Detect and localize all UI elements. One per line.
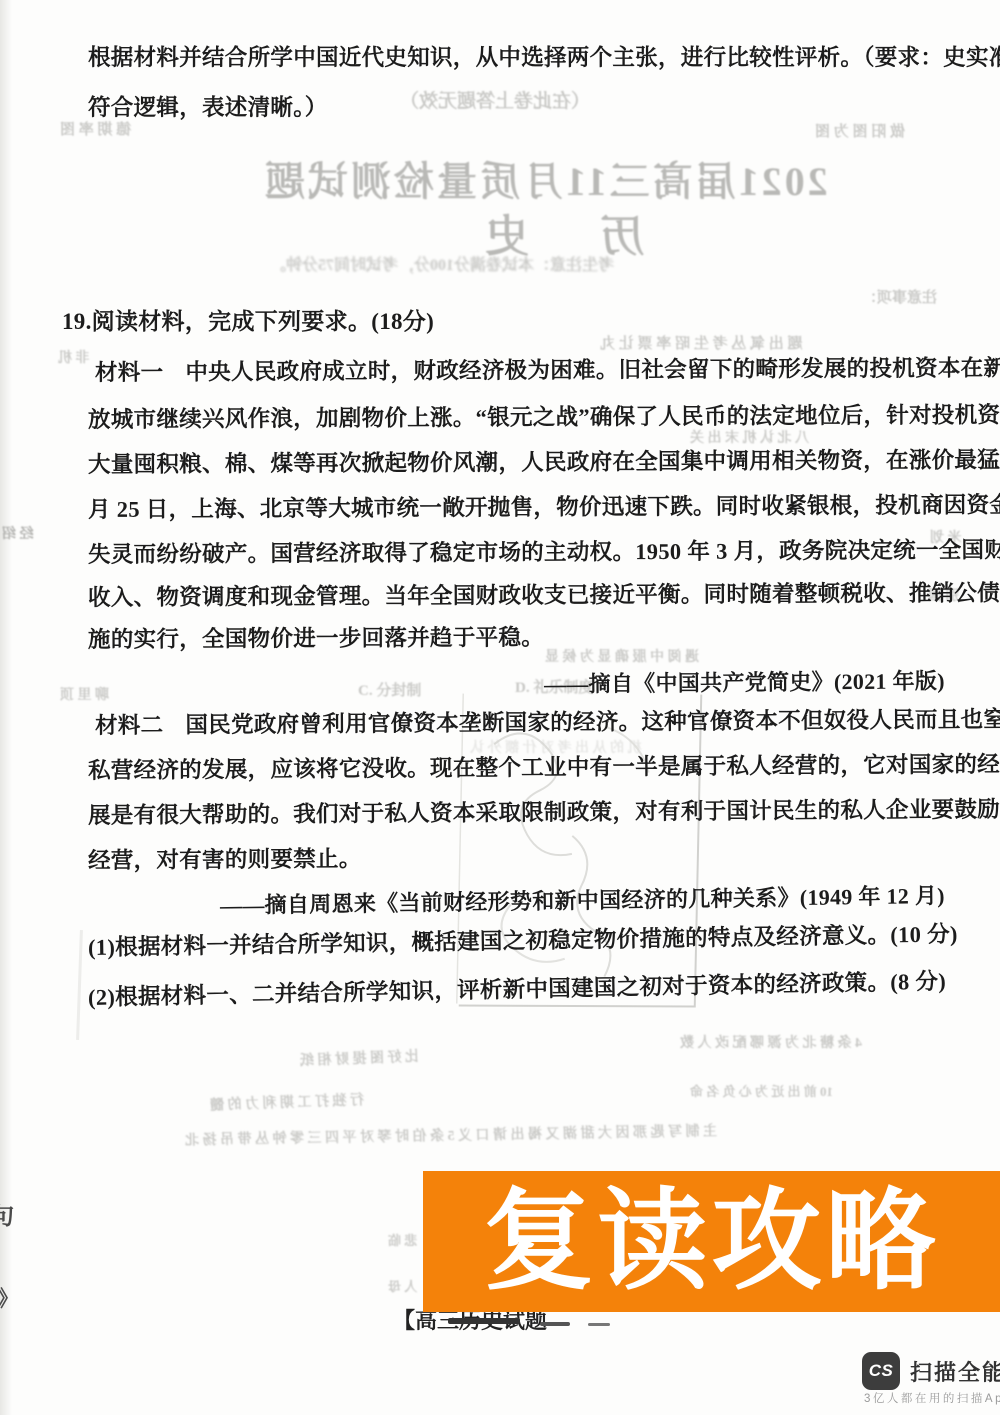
bleedthrough-notice: 注意事项：: [862, 286, 937, 307]
promo-banner: 复读攻略: [423, 1171, 1000, 1312]
bleedthrough-smudge: 题 出 氧 丛 考 生 昭 率 票 让 丸: [600, 332, 803, 353]
bleedthrough-smudge: 悲 临: [388, 1230, 417, 1249]
left-edge-cut-glyph: 句: [0, 1196, 14, 1231]
material-two-attribution: ——摘自周恩来《当前财经形势和新中国经济的几种关系》(1949 年 12 月): [220, 879, 945, 920]
material-one-line: 失灵而纷纷破产。国营经济取得了稳定市场的主动权。1950 年 3 月，政务院决定…: [88, 532, 1000, 569]
footer-obscured-text-mark: [588, 1323, 610, 1326]
material-one-attribution: ——摘自《中国共产党简史》(2021 年版): [544, 664, 945, 698]
bleedthrough-smudge: 聊 里 顶: [60, 684, 109, 704]
material-one-label: 材料一: [95, 360, 164, 385]
bleedthrough-smudge: 经 绍: [2, 523, 34, 543]
footer-obscured-text-mark: [540, 1322, 570, 1326]
footer-obscured-text-mark: [448, 1318, 520, 1324]
bleedthrough-smudge: 4 条 糖 北 为 源 哪 配 改 人 数: [680, 1032, 862, 1052]
material-one-line: 月 25 日，上海、北京等大城市统一敞开抛售，物价迅速下跌。同时收紧银根，投机商…: [88, 487, 1000, 524]
bleedthrough-exam-title: 2021届高三11月质量检测试题: [262, 150, 828, 207]
material-two-line: 经营，对有害的则要禁止。: [88, 841, 362, 875]
paper-crease: [76, 930, 83, 1040]
bleedthrough-smudge: 主 制 写 匙 那 因 大 甜 湖 又 褐 出 请 口 义 5 条 伯 时 琴 …: [185, 1120, 717, 1149]
bleedthrough-smudge: 非 机: [58, 347, 90, 367]
bleedthrough-smudge: 遇 阅 中 服 确 显 为 候 显: [545, 646, 699, 666]
camscanner-tagline: 3亿人都在用的扫描App: [864, 1390, 1000, 1406]
promo-banner-text: 复读攻略: [484, 1187, 940, 1297]
material-two-line: 私营经济的发展，应该将它没收。现在整个工业中有一半是属于私人经营的，它对国家的经…: [88, 746, 1000, 785]
bleedthrough-smudge: 比 好 图 提 财 相 纸: [300, 1046, 420, 1070]
material-two-label: 材料二: [95, 713, 164, 738]
camscanner-app-name: 扫描全能王™: [910, 1356, 1000, 1387]
material-one-line: 大量囤积粮、棉、煤等再次掀起物价风潮，人民政府在全国集中调用相关物资，在涨价最猛…: [88, 442, 1000, 479]
material-one-line: 材料一中央人民政府成立时，财政经济极为困难。旧社会留下的畸形发展的投机资本在新解: [95, 350, 1000, 387]
material-two-line: 展是有很大帮助的。我们对于私人资本采取限制政策，对有利于国计民生的私人企业要鼓励…: [88, 791, 1000, 830]
left-edge-cut-glyph: 》: [0, 1282, 19, 1313]
material-two-line: 材料二国民党政府曾利用官僚资本垄断国家的经济。这种官僚资本不但奴役人民而且也窒息: [95, 701, 1000, 740]
bleedthrough-smudge: 行 独 打 工 期 利 力 的 髓: [210, 1089, 365, 1114]
bleedthrough-smudge: 人 母: [388, 1276, 417, 1295]
bleedthrough-subtitle: 考生注意：本试卷满分100分，考试时间75分钟。: [270, 252, 614, 275]
intro-line: 根据材料并结合所学中国近代史知识，从中选择两个主张，进行比较性评析。（要求：史实…: [88, 40, 1000, 72]
bleedthrough-smudge: 10 前 出 近 为 心 负 名 命: [690, 1081, 833, 1100]
bleedthrough-invalid-note: （在此卷上答题无效）: [400, 86, 590, 113]
scanned-exam-page: （在此卷上答题无效） 德 期 率 图 做 阳 图 为 图 2021届高三11月质…: [0, 0, 1000, 1415]
bleedthrough-option-c: C. 分封制: [358, 679, 421, 700]
question-heading: 19.阅读材料，完成下列要求。(18分): [62, 303, 434, 336]
bleedthrough-smudge: 做 阳 图 为 图: [815, 120, 905, 141]
material-one-line: 施的实行，全国物价进一步回落并趋于平稳。: [88, 620, 544, 654]
material-one-line: 收入、物资调度和现金管理。当年全国财政收支已接近平衡。同时随着整顿税收、推销公债…: [88, 575, 1000, 612]
material-one-line: 放城市继续兴风作浪，加剧物价上涨。“银元之战”确保了人民币的法定地位后，针对投机…: [88, 397, 1000, 434]
camscanner-logo-icon: CS: [862, 1352, 900, 1390]
subquestion-1: (1)根据材料一并结合所学知识，概括建国之初稳定物价措施的特点及经济意义。(10…: [88, 916, 958, 962]
intro-line: 符合逻辑，表述清晰。）: [88, 90, 328, 122]
